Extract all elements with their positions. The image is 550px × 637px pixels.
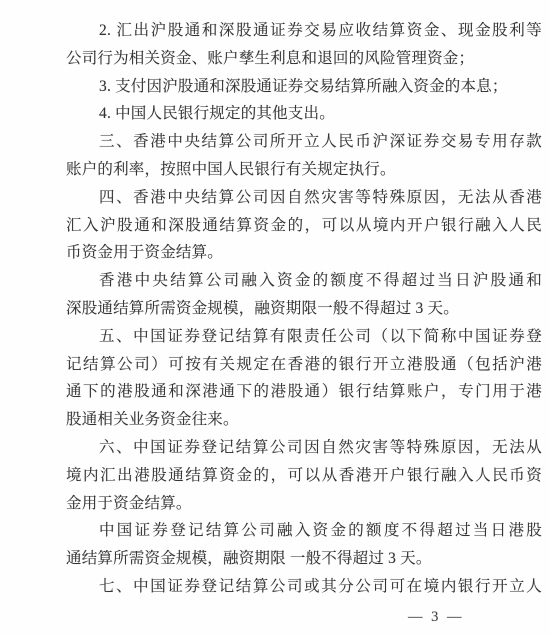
- text-line: 2. 汇出沪股通和深股通证券交易应收结算资金、现金股利等: [66, 17, 542, 45]
- text-line: 七、中国证券登记结算公司或其分公司可在境内银行开立人: [66, 573, 542, 601]
- text-line: 境内汇出港股通结算资金的，可以从香港开户银行融入人民币资: [66, 462, 542, 490]
- text-line: 3. 支付因沪股通和深股通证券交易结算所融入资金的本息；: [66, 73, 542, 101]
- text-line: 五、中国证券登记结算有限责任公司（以下简称中国证券登: [66, 323, 542, 351]
- text-line: 汇入沪股通和深股通结算资金的，可以从境内开户银行融入人民: [66, 212, 542, 240]
- text-line: 深股通结算所需资金规模，融资期限一般不得超过 3 天。: [66, 295, 542, 323]
- text-line: 4. 中国人民银行规定的其他支出。: [66, 100, 542, 128]
- text-line: 币资金用于资金结算。: [66, 239, 542, 267]
- scanned-document-page: 2. 汇出沪股通和深股通证券交易应收结算资金、现金股利等公司行为相关资金、账户孳…: [0, 0, 550, 637]
- text-line: 股通相关业务资金往来。: [66, 406, 542, 434]
- text-line: 四、香港中央结算公司因自然灾害等特殊原因，无法从香港: [66, 184, 542, 212]
- page-number: — 3 —: [408, 609, 464, 626]
- text-line: 六、中国证券登记结算公司因自然灾害等特殊原因，无法从: [66, 434, 542, 462]
- text-line: 中国证券登记结算公司融入资金的额度不得超过当日港股: [66, 517, 542, 545]
- text-line: 记结算公司）可按有关规定在香港的银行开立港股通（包括沪港: [66, 351, 542, 379]
- text-line: 账户的利率，按照中国人民银行有关规定执行。: [66, 156, 542, 184]
- text-line: 通结算所需资金规模，融资期限 一般不得超过 3 天。: [66, 545, 542, 573]
- text-line: 三、香港中央结算公司所开立人民币沪深证券交易专用存款: [66, 128, 542, 156]
- document-body: 2. 汇出沪股通和深股通证券交易应收结算资金、现金股利等公司行为相关资金、账户孳…: [66, 17, 542, 601]
- text-line: 香港中央结算公司融入资金的额度不得超过当日沪股通和: [66, 267, 542, 295]
- text-line: 金用于资金结算。: [66, 490, 542, 518]
- text-line: 公司行为相关资金、账户孳生利息和退回的风险管理资金；: [66, 45, 542, 73]
- text-line: 通下的港股通和深港通下的港股通）银行结算账户，专门用于港: [66, 378, 542, 406]
